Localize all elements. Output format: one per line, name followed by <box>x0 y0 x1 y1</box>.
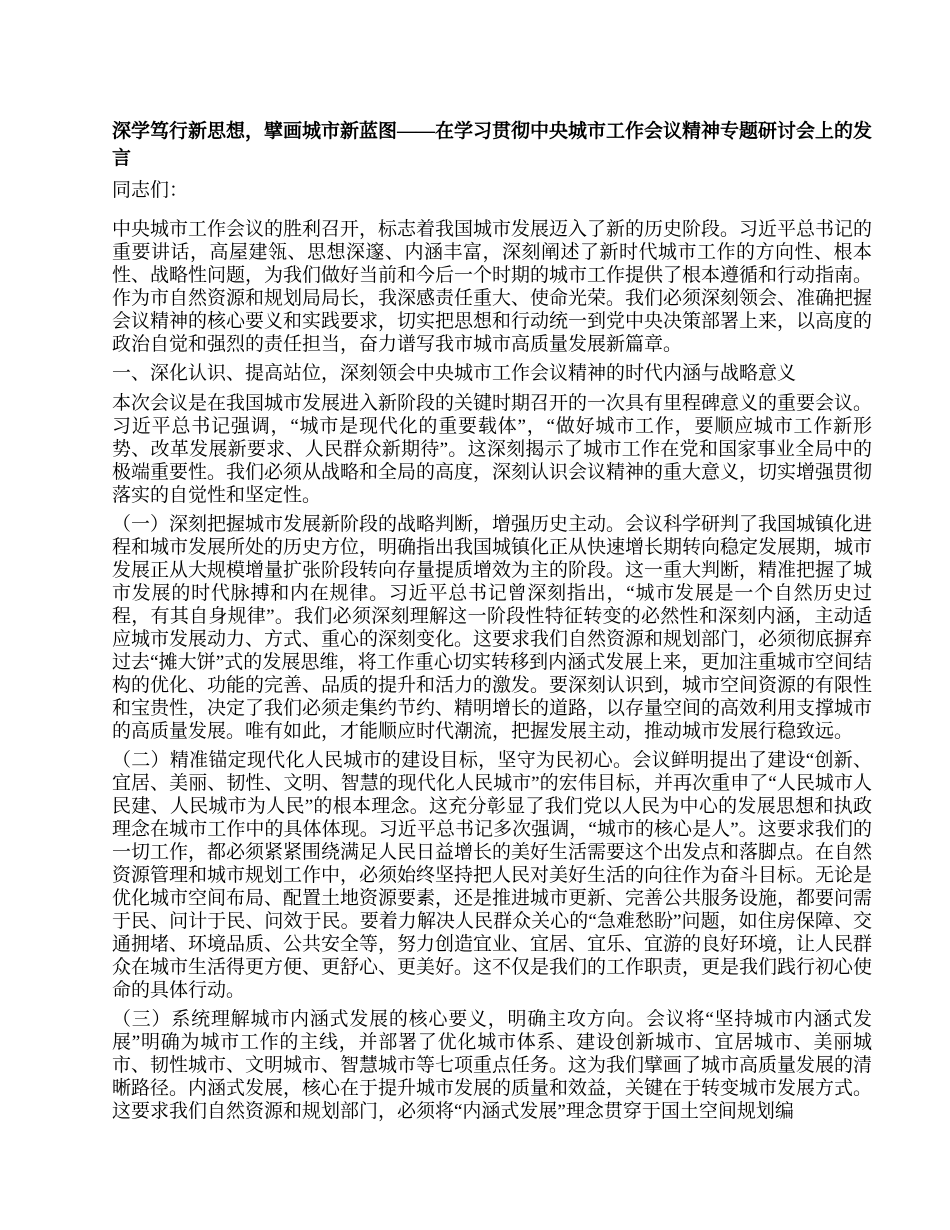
salutation: 同志们： <box>112 179 872 202</box>
document-page: 深学笃行新思想，擘画城市新蓝图——在学习贯彻中央城市工作会议精神专题研讨会上的发… <box>0 0 950 1230</box>
paragraph-opening: 中央城市工作会议的胜利召开，标志着我国城市发展迈入了新的历史阶段。习近平总书记的… <box>112 218 872 356</box>
section-1-lead-paragraph: 本次会议是在我国城市发展进入新阶段的关键时期召开的一次具有里程碑意义的重要会议。… <box>112 392 872 507</box>
document-title: 深学笃行新思想，擘画城市新蓝图——在学习贯彻中央城市工作会议精神专题研讨会上的发… <box>112 118 872 172</box>
section-1-point-3-paragraph: （三）系统理解城市内涵式发展的核心要义，明确主攻方向。会议将“坚持城市内涵式发展… <box>112 1008 872 1123</box>
section-1-heading: 一、深化认识、提高站位，深刻领会中央城市工作会议精神的时代内涵与战略意义 <box>112 362 872 385</box>
section-1-point-1-paragraph: （一）深刻把握城市发展新阶段的战略判断，增强历史主动。会议科学研判了我国城镇化进… <box>112 513 872 743</box>
section-1-point-2-paragraph: （二）精准锚定现代化人民城市的建设目标，坚守为民初心。会议鲜明提出了建设“创新、… <box>112 749 872 1002</box>
